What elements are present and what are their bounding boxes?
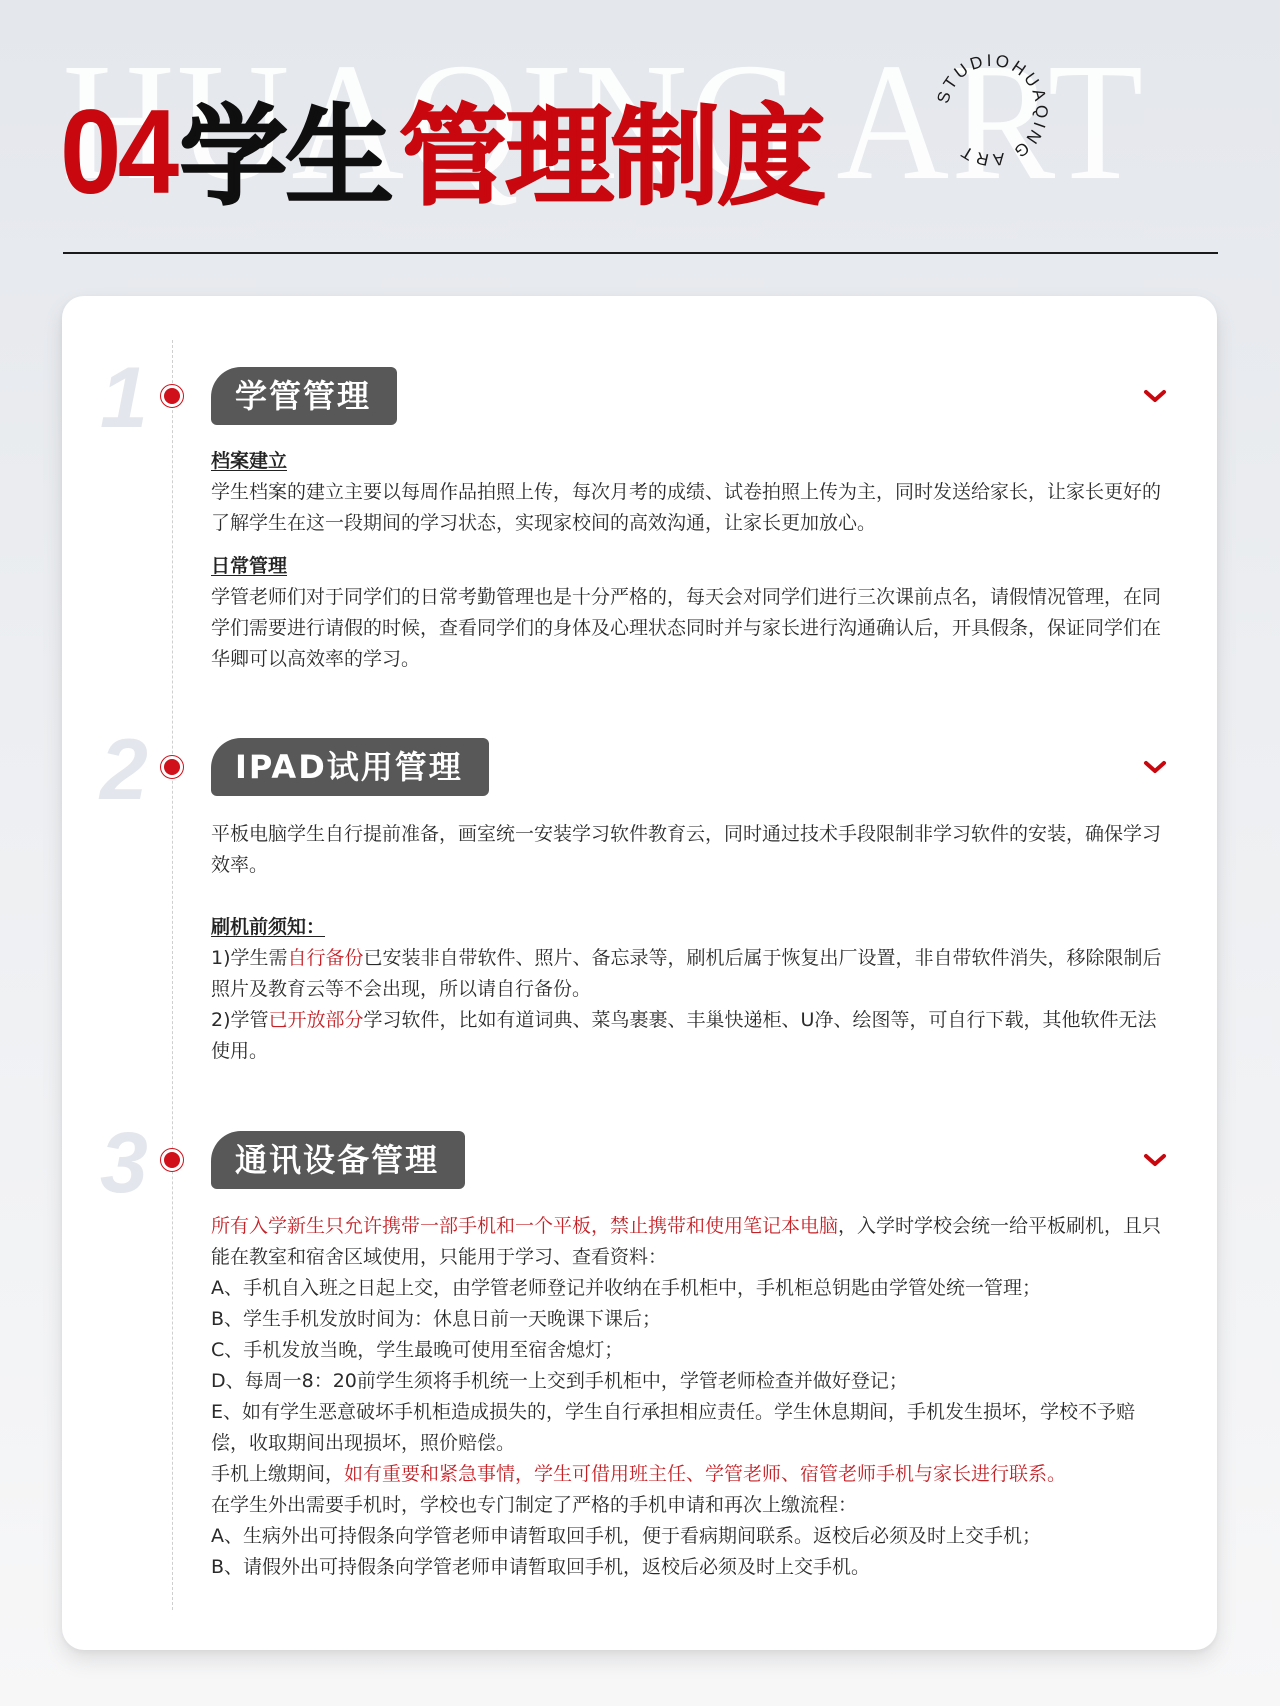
highlight-backup: 自行备份: [288, 947, 364, 969]
section-title-3: 通讯设备管理: [211, 1131, 465, 1189]
section-3-content: 所有入学新生只允许携带一部手机和一个平板，禁止携带和使用笔记本电脑，入学时学校会…: [211, 1211, 1171, 1583]
timeline-dashed-line: [172, 340, 173, 1610]
section-number-3: 3: [100, 1120, 148, 1206]
title-black-part: 学生: [179, 104, 391, 212]
rule-b: B、学生手机发放时间为：休息日前一天晚课下课后；: [211, 1304, 1171, 1335]
title-divider: [63, 252, 1218, 254]
timeline-dot-icon: [160, 1148, 184, 1172]
circular-text-badge: STUDIOHUAQING ART: [932, 50, 1052, 170]
timeline-dot-icon: [160, 755, 184, 779]
section-title-1: 学管管理: [211, 367, 397, 425]
rule-a: A、手机自入班之日起上交，由学管老师登记并收纳在手机柜中，手机柜总钥匙由学管处统…: [211, 1273, 1171, 1304]
highlight-emergency: 如有重要和紧急事情，学生可借用班主任、学管老师、宿管老师手机与家长进行联系。: [344, 1463, 1066, 1485]
section-number-1: 1: [100, 355, 148, 441]
paragraph-device-intro: 所有入学新生只允许携带一部手机和一个平板，禁止携带和使用笔记本电脑，入学时学校会…: [211, 1211, 1171, 1273]
highlight-opened: 已开放部分: [269, 1009, 364, 1031]
paragraph-ipad-intro: 平板电脑学生自行提前准备，画室统一安装学习软件教育云，同时通过技术手段限制非学习…: [211, 819, 1171, 881]
outing-rule-a: A、生病外出可持假条向学管老师申请暂取回手机，便于看病期间联系。返校后必须及时上…: [211, 1521, 1171, 1552]
notice-item-2: 2)学管已开放部分学习软件，比如有道词典、菜鸟裹裹、丰巢快递柜、U净、绘图等，可…: [211, 1005, 1171, 1067]
circular-logo-icon: STUDIOHUAQING ART: [932, 50, 1052, 170]
section-2-content: 平板电脑学生自行提前准备，画室统一安装学习软件教育云，同时通过技术手段限制非学习…: [211, 819, 1171, 1067]
chevron-down-icon[interactable]: [1142, 1151, 1168, 1169]
rule-c: C、手机发放当晚，学生最晚可使用至宿舍熄灯；: [211, 1335, 1171, 1366]
subheading-daily: 日常管理: [211, 551, 287, 582]
rule-e: E、如有学生恶意破坏手机柜造成损失的，学生自行承担相应责任。学生休息期间，手机发…: [211, 1397, 1171, 1459]
subheading-notice: 刷机前须知：: [211, 912, 325, 943]
section-number-2: 2: [100, 727, 148, 813]
paragraph-archive: 学生档案的建立主要以每周作品拍照上传，每次月考的成绩、试卷拍照上传为主，同时发送…: [211, 477, 1171, 539]
notice-item-1: 1)学生需自行备份已安装非自带软件、照片、备忘录等，刷机后属于恢复出厂设置，非自…: [211, 943, 1171, 1005]
chevron-down-icon[interactable]: [1142, 758, 1168, 776]
title-red-part: 管理制度: [400, 104, 824, 212]
outing-rule-b: B、请假外出可持假条向学管老师申请暂取回手机，返校后必须及时上交手机。: [211, 1552, 1171, 1583]
title-number: 04: [60, 92, 175, 212]
badge-text: STUDIOHUAQING ART: [933, 51, 1051, 170]
page-title: 04 学生 管理制度: [60, 92, 824, 212]
highlight-device-limit: 所有入学新生只允许携带一部手机和一个平板，禁止携带和使用笔记本电脑: [211, 1215, 838, 1237]
paragraph-outing-intro: 在学生外出需要手机时，学校也专门制定了严格的手机申请和再次上缴流程：: [211, 1490, 1171, 1521]
subheading-archive: 档案建立: [211, 446, 287, 477]
svg-text:STUDIOHUAQING ART: STUDIOHUAQING ART: [933, 51, 1051, 170]
chevron-down-icon[interactable]: [1142, 387, 1168, 405]
section-title-2: IPAD试用管理: [211, 738, 489, 796]
rule-d: D、每周一8：20前学生须将手机统一上交到手机柜中，学管老师检查并做好登记；: [211, 1366, 1171, 1397]
paragraph-emergency: 手机上缴期间，如有重要和紧急事情，学生可借用班主任、学管老师、宿管老师手机与家长…: [211, 1459, 1171, 1490]
paragraph-daily: 学管老师们对于同学们的日常考勤管理也是十分严格的，每天会对同学们进行三次课前点名…: [211, 582, 1171, 675]
section-1-content: 档案建立 学生档案的建立主要以每周作品拍照上传，每次月考的成绩、试卷拍照上传为主…: [211, 446, 1171, 675]
timeline-dot-icon: [160, 384, 184, 408]
